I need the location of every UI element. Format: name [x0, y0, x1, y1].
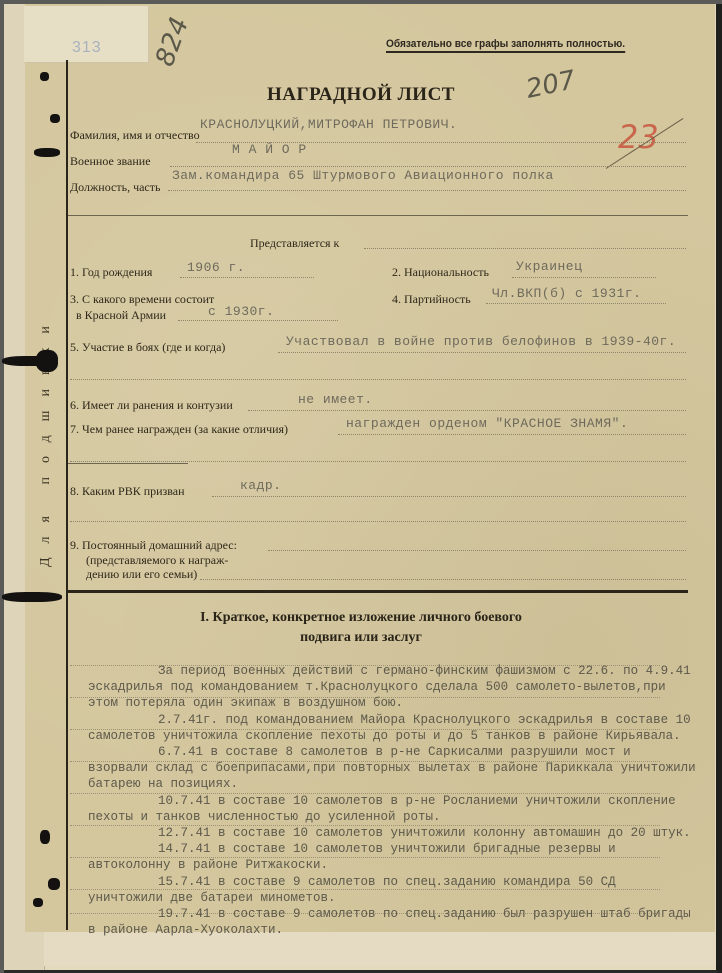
- fill-all-fields-notice: Обязательно все графы заполнять полность…: [386, 38, 625, 53]
- nationality-line: [512, 277, 656, 278]
- nationality-value[interactable]: Украинец: [516, 259, 582, 274]
- army-since-label: 3. С какого времени состоит: [70, 292, 214, 307]
- binding-margin-text: Для подшивки: [38, 205, 58, 675]
- archive-number: 313: [72, 39, 102, 57]
- section-divider: [68, 463, 188, 464]
- position-value[interactable]: Зам.командира 65 Штурмового Авиационного…: [172, 168, 554, 183]
- party-label: 4. Партийность: [392, 292, 471, 307]
- battles-line-2: [70, 379, 686, 380]
- narrative-paragraph: 12.7.41 в составе 10 самолетов уничтожил…: [88, 825, 698, 841]
- address-line-2: [200, 579, 686, 580]
- binding-hole: [40, 830, 50, 844]
- position-label: Должность, часть: [70, 180, 160, 195]
- address-line: [268, 550, 686, 551]
- army-since-value[interactable]: с 1930г.: [208, 304, 274, 319]
- margin-line: [66, 60, 68, 930]
- rank-value[interactable]: М А Й О Р: [232, 142, 307, 157]
- address-label-2: (представляемого к награж-: [86, 553, 228, 568]
- archive-sticker: 313: [24, 6, 149, 63]
- narrative-paragraph: 15.7.41 в составе 9 самолетов по спец.за…: [88, 874, 698, 906]
- birth-year-line: [180, 277, 314, 278]
- narrative-paragraph: 19.7.41 в составе 9 самолетов по спец.за…: [88, 906, 698, 938]
- binding-hole: [33, 898, 43, 907]
- section1-title: I. Краткое, конкретное изложение личного…: [0, 610, 722, 626]
- narrative-paragraph: 10.7.41 в составе 10 самолетов в р-не Ро…: [88, 793, 698, 825]
- section1-narrative: За период военных действий с германо-фин…: [88, 663, 698, 938]
- binding-hole: [34, 148, 60, 157]
- narrative-paragraph: 6.7.41 в составе 8 самолетов в р-не Сарк…: [88, 744, 698, 793]
- binding-hole: [36, 350, 58, 372]
- previous-awards-value[interactable]: награжден орденом "КРАСНОЕ ЗНАМЯ".: [346, 416, 628, 431]
- binding-hole: [50, 114, 60, 123]
- narrative-paragraph: За период военных действий с германо-фин…: [88, 663, 698, 712]
- rank-label: Военное звание: [70, 154, 151, 169]
- position-line: [168, 190, 686, 191]
- previous-awards-line-2: [70, 461, 686, 462]
- party-value[interactable]: Чл.ВКП(б) с 1931г.: [492, 286, 641, 301]
- name-label: Фамилия, имя и отчество: [70, 128, 200, 143]
- document-title: НАГРАДНОЙ ЛИСТ: [0, 84, 722, 106]
- wounds-value[interactable]: не имеет.: [298, 392, 373, 407]
- presented-to-line: [364, 248, 686, 249]
- previous-awards-label: 7. Чем ранее награжден (за какие отличия…: [70, 422, 288, 437]
- presented-to-label: Представляется к: [250, 236, 339, 251]
- rvk-label: 8. Каким РВК призван: [70, 484, 185, 499]
- rvk-line: [212, 496, 686, 497]
- binding-hole: [2, 592, 62, 602]
- wounds-line: [248, 410, 686, 411]
- army-since-line: [178, 320, 338, 321]
- header-divider: [68, 215, 688, 216]
- army-since-label-2: в Красной Армии: [76, 308, 166, 323]
- wounds-label: 6. Имеет ли ранения и контузии: [70, 398, 233, 413]
- name-value[interactable]: КРАСНОЛУЦКИЙ,МИТРОФАН ПЕТРОВИЧ.: [200, 117, 457, 132]
- rvk-value[interactable]: кадр.: [240, 478, 282, 493]
- address-label: 9. Постоянный домашний адрес:: [70, 538, 237, 553]
- address-label-3: дению или его семьи): [86, 567, 197, 582]
- binding-hole: [48, 878, 60, 890]
- birth-year-value[interactable]: 1906 г.: [187, 260, 245, 275]
- party-line: [486, 303, 666, 304]
- battles-label: 5. Участие в боях (где и когда): [70, 340, 225, 355]
- rvk-line-2: [70, 521, 686, 522]
- narrative-paragraph: 14.7.41 в составе 10 самолетов уничтожил…: [88, 841, 698, 873]
- birth-year-label: 1. Год рождения: [70, 265, 152, 280]
- narrative-paragraph: 2.7.41г. под командованием Майора Красно…: [88, 712, 698, 744]
- nationality-label: 2. Национальность: [392, 265, 489, 280]
- section1-subtitle: подвига или заслуг: [0, 630, 722, 646]
- battles-line: [278, 352, 686, 353]
- previous-awards-line: [338, 434, 686, 435]
- battles-value[interactable]: Участвовал в войне против белофинов в 19…: [286, 334, 676, 349]
- rank-line: [170, 166, 686, 167]
- section-heavy-divider: [68, 590, 688, 593]
- binding-hole: [40, 72, 49, 81]
